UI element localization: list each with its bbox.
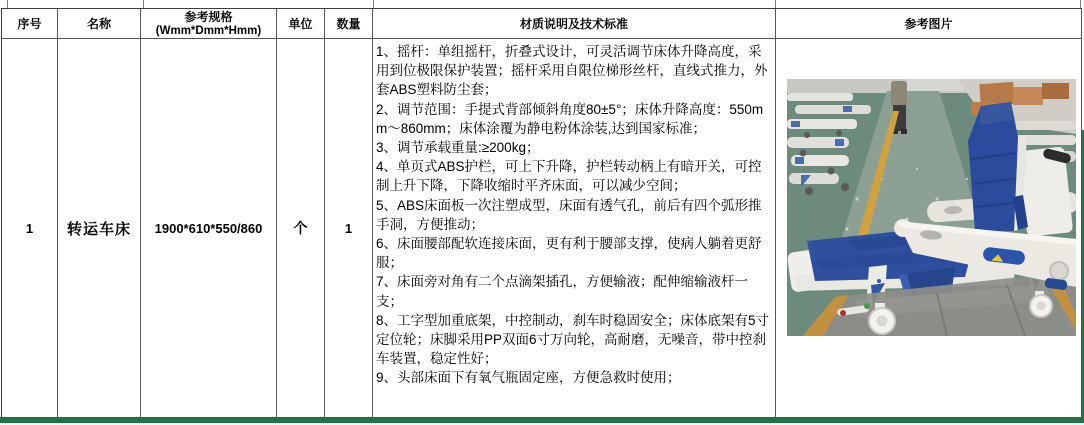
top-row-grid-stub [7,0,8,8]
col-header-spec-title: 参考规格 [184,10,232,24]
stretcher-reference-photo [787,79,1076,336]
top-row-grid-stub [143,0,144,8]
col-header-spec-unit-format: (Wmm*Dmm*Hmm) [156,24,261,38]
spec-item-2: 2、调节范围：手提式背部倾斜角度80±5°；床体升降高度：550mm～860mm… [376,100,773,138]
col-header-name: 名称 [58,9,141,39]
spec-item-5: 5、ABS床面板一次注塑成型，床面有透气孔，前后有四个弧形推手洞，方便推动； [376,196,773,234]
col-header-qty: 数量 [325,9,373,39]
spec-item-3: 3、调节承载重量:≥200kg； [376,138,773,157]
cell-spec-dimensions: 1900*610*550/860 [141,39,277,418]
col-header-spec: 参考规格 (Wmm*Dmm*Hmm) [141,9,277,39]
cell-serial-number: 1 [2,39,58,418]
cell-unit: 个 [277,39,325,418]
cell-material-description: 1、摇杆：单组摇杆，折叠式设计，可灵活调节床体升降高度，采用到位极限保护装置；摇… [373,39,776,418]
product-spec-table: 序号 名称 参考规格 (Wmm*Dmm*Hmm) 单位 数量 材质说明及技术标准… [1,8,1082,418]
top-row-grid-stub [775,0,776,8]
spec-item-6: 6、床面腰部配软连接床面，更有利于腰部支撑，使病人躺着更舒服； [376,234,773,272]
spec-item-7: 7、床面旁对角有二个点滴架插孔，方便输液；配伸缩输液杆一支； [376,272,773,310]
spec-item-8: 8、工字型加重底架，中控制动，刹车时稳固安全；床体底架有5寸定位轮；床脚采用PP… [376,311,773,369]
col-header-index: 序号 [2,9,58,39]
spec-item-1: 1、摇杆：单组摇杆，折叠式设计，可灵活调节床体升降高度，采用到位极限保护装置；摇… [376,42,773,100]
page-break-line-bottom [0,417,1084,423]
spec-item-4: 4、单页式ABS护栏，可上下升降，护栏转动柄上有暗开关，可控制上升下降，下降收缩… [376,157,773,195]
col-header-image: 参考图片 [776,9,1082,39]
col-header-unit: 单位 [277,9,325,39]
top-row-grid-stub [373,0,374,8]
cell-product-name: 转运车床 [58,39,141,418]
col-header-description: 材质说明及技术标准 [373,9,776,39]
spec-item-9: 9、头部床面下有氧气瓶固定座，方便急救时使用； [376,368,773,387]
top-row-grid-stub [1080,0,1081,8]
cell-reference-image [776,39,1082,418]
spec-sheet: 序号 名称 参考规格 (Wmm*Dmm*Hmm) 单位 数量 材质说明及技术标准… [0,0,1084,425]
cell-quantity: 1 [325,39,373,418]
